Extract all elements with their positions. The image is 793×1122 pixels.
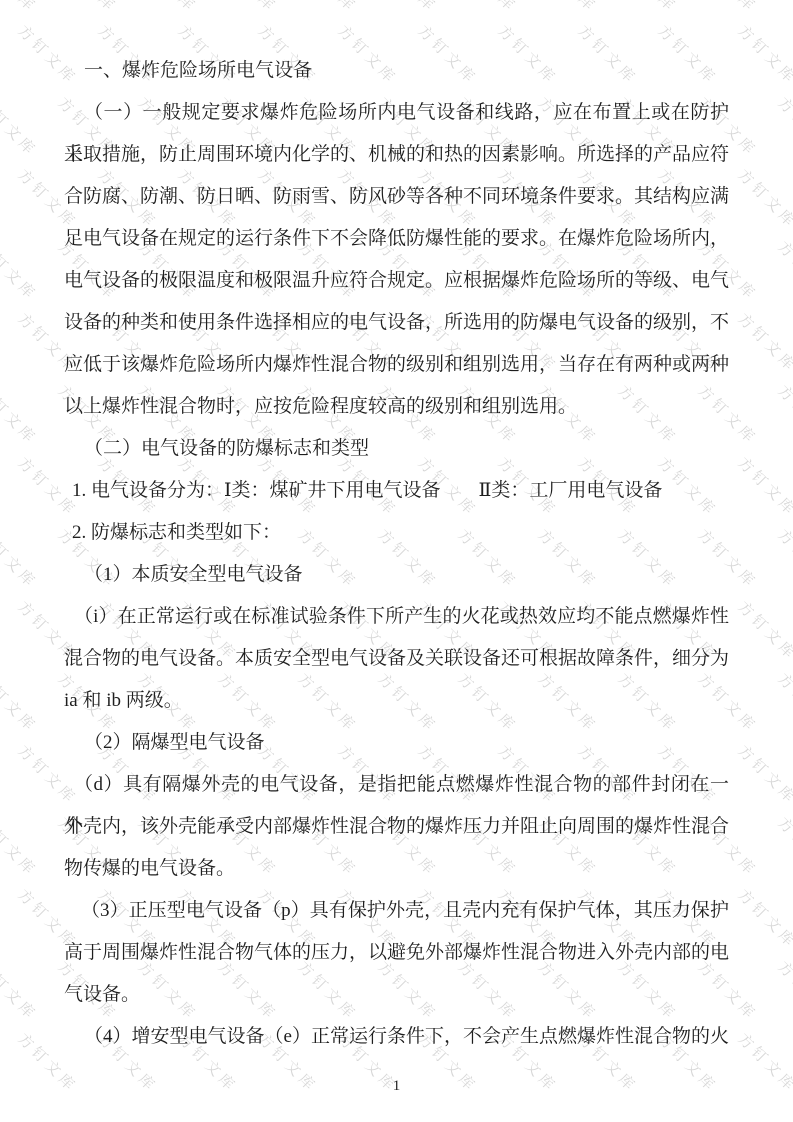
text-line: 物传爆的电气设备。 [64,848,729,890]
list-item: 1. 电气设备分为：Ⅰ类：煤矿井下用电气设备 Ⅱ类：工厂用电气设备 [64,470,729,512]
heading-section-1: 一、爆炸危险场所电气设备 [64,50,729,92]
text-line: 电气设备的极限温度和极限温升应符合规定。应根据爆炸危险场所的等级、电气 [64,260,729,302]
watermark: 方钉文库 [0,92,42,161]
watermark: 方钉文库 [134,0,203,17]
watermark: 方钉文库 [734,452,793,521]
watermark: 方钉文库 [774,236,793,305]
text-line: 以上爆炸性混合物时，应按危险程度较高的级别和组别选用。 [64,386,729,428]
watermark: 方钉文库 [734,740,793,809]
watermark: 方钉文库 [454,0,523,17]
watermark: 方钉文库 [774,0,793,17]
text-line: 混合物的电气设备。本质安全型电气设备及关联设备还可根据故障条件，细分为 [64,638,729,680]
watermark: 方钉文库 [694,0,763,17]
watermark: 方钉文库 [734,884,793,953]
watermark: 方钉文库 [374,0,443,17]
list-item: （2）隔爆型电气设备 [64,722,729,764]
document-body: 一、爆炸危险场所电气设备 （一）一般规定要求爆炸危险场所内电气设备和线路，应在布… [64,50,729,1058]
watermark: 方钉文库 [774,956,793,1025]
watermark: 方钉文库 [734,20,793,89]
watermark: 方钉文库 [0,0,42,17]
watermark: 方钉文库 [774,668,793,737]
text-line: 足电气设备在规定的运行条件下不会降低防爆性能的要求。在爆炸危险场所内， [64,218,729,260]
text-line: ia 和 ib 两级。 [64,680,729,722]
list-item: （1）本质安全型电气设备 [64,554,729,596]
watermark: 方钉文库 [774,812,793,881]
watermark: 方钉文库 [294,0,363,17]
watermark: 方钉文库 [0,956,42,1025]
watermark: 方钉文库 [0,236,42,305]
watermark: 方钉文库 [614,0,683,17]
watermark: 方钉文库 [0,524,42,593]
text-line: （d）具有隔爆外壳的电气设备，是指把能点燃爆炸性混合物的部件封闭在一个 [64,764,729,806]
text-line: （i）在正常运行或在标准试验条件下所产生的火花或热效应均不能点燃爆炸性 [64,596,729,638]
watermark: 方钉文库 [214,0,283,17]
list-item: （3）正压型电气设备（p）具有保护外壳，且壳内充有保护气体，其压力保护 [64,890,729,932]
text-line: 气设备。 [64,974,729,1016]
text-line: 设备的种类和使用条件选择相应的电气设备，所选用的防爆电气设备的级别，不 [64,302,729,344]
document-page: 方钉文库方钉文库方钉文库方钉文库方钉文库方钉文库方钉文库方钉文库方钉文库方钉文库… [0,0,793,1122]
text-line: （一）一般规定要求爆炸危险场所内电气设备和线路，应在布置上或在防护上 [64,92,729,134]
watermark: 方钉文库 [734,308,793,377]
list-item: （4）增安型电气设备（e）正常运行条件下，不会产生点燃爆炸性混合物的火 [64,1016,729,1058]
watermark: 方钉文库 [0,812,42,881]
watermark: 方钉文库 [54,0,123,17]
watermark: 方钉文库 [734,596,793,665]
text-line: 采取措施，防止周围环境内化学的、机械的和热的因素影响。所选择的产品应符 [64,134,729,176]
watermark: 方钉文库 [774,380,793,449]
watermark: 方钉文库 [0,380,42,449]
list-item: 2. 防爆标志和类型如下： [64,512,729,554]
watermark: 方钉文库 [0,668,42,737]
watermark: 方钉文库 [534,0,603,17]
text-line: 合防腐、防潮、防日晒、防雨雪、防风砂等各种不同环境条件要求。其结构应满 [64,176,729,218]
watermark: 方钉文库 [774,524,793,593]
page-number: 1 [0,1076,793,1096]
text-line: 高于周围爆炸性混合物气体的压力，以避免外部爆炸性混合物进入外壳内部的电 [64,932,729,974]
text-line: 外壳内，该外壳能承受内部爆炸性混合物的爆炸压力并阻止向周围的爆炸性混合 [64,806,729,848]
watermark: 方钉文库 [774,92,793,161]
heading-subsection-2: （二）电气设备的防爆标志和类型 [64,428,729,470]
text-line: 应低于该爆炸危险场所内爆炸性混合物的级别和组别选用，当存在有两种或两种 [64,344,729,386]
watermark: 方钉文库 [734,164,793,233]
